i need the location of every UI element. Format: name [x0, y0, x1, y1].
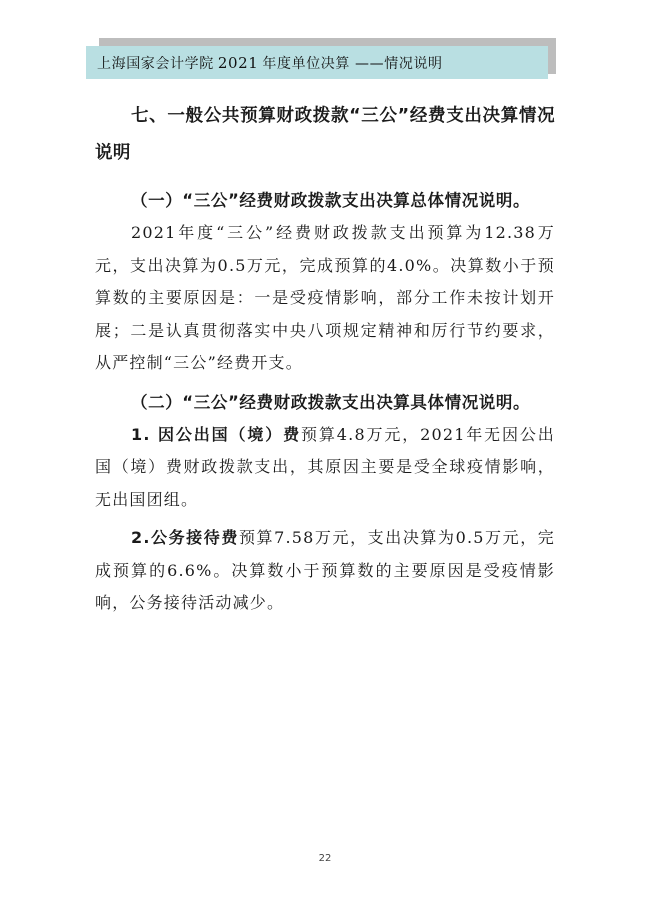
header-title-suffix: 年度单位决算 ——情况说明 [262, 53, 442, 73]
document-body: 七、一般公共预算财政拨款“三公”经费支出决算情况说明 （一）“三公”经费财政拨款… [95, 98, 555, 620]
subsection-heading-1: （一）“三公”经费财政拨款支出决算总体情况说明。 [95, 184, 555, 217]
section-heading: 七、一般公共预算财政拨款“三公”经费支出决算情况说明 [95, 98, 555, 172]
item-label: 2.公务接待费 [131, 528, 239, 547]
page-number: 22 [0, 853, 650, 864]
header-title-prefix: 上海国家会计学院 [97, 53, 214, 73]
paragraph-overall: 2021年度“三公”经费财政拨款支出预算为12.38万元，支出决算为0.5万元，… [95, 217, 555, 380]
header-year: 2021 [218, 54, 259, 72]
subsection-heading-2: （二）“三公”经费财政拨款支出决算具体情况说明。 [95, 386, 555, 419]
item-label: 1. 因公出国（境）费 [131, 425, 301, 444]
item-overseas-travel: 1. 因公出国（境）费预算4.8万元，2021年无因公出国（境）费财政拨款支出，… [95, 419, 555, 517]
item-reception: 2.公务接待费预算7.58万元，支出决算为0.5万元，完成预算的6.6%。决算数… [95, 522, 555, 620]
running-header: 上海国家会计学院 2021 年度单位决算 ——情况说明 [86, 46, 548, 79]
